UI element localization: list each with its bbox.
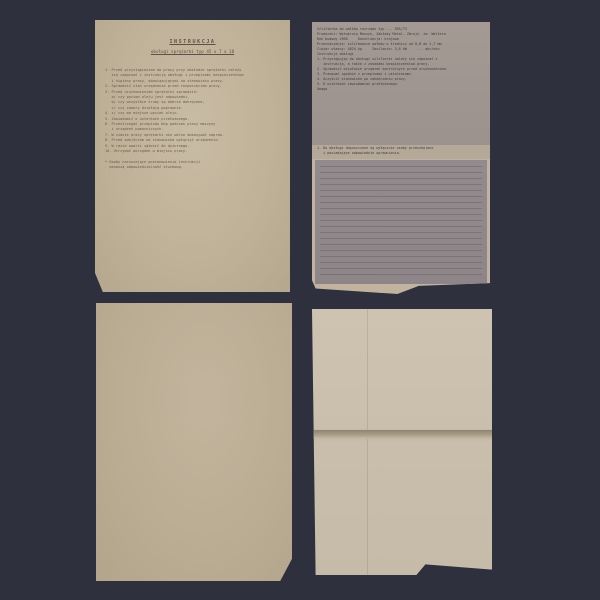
document-page-blank	[96, 303, 292, 581]
document-page-carbon-copy: Szlifierka do wałków rozrządu typ ... ZR…	[312, 22, 490, 294]
faint-text-lines	[320, 166, 482, 278]
section-title: Instrukcja obsługi	[317, 52, 354, 56]
footer-title: Uwaga	[317, 87, 327, 91]
document-page-folded	[312, 309, 492, 575]
paper-fold	[312, 430, 492, 439]
machine-header: Szlifierka do wałków rozrządu typ ... ZR…	[317, 27, 446, 51]
carbon-copy-strip: 1. Do obsługi dopuszczone są wyłącznie o…	[312, 145, 490, 159]
carbon-copy-lower	[315, 160, 487, 284]
footer-text: 1. Do obsługi dopuszczone są wyłącznie o…	[317, 146, 486, 156]
section-body: 1. Przystępując do obsługi szlifierki na…	[317, 57, 448, 86]
paper-crease	[367, 309, 368, 575]
carbon-copy-text: Szlifierka do wałków rozrządu typ ... ZR…	[317, 27, 486, 92]
page-title: INSTRUKCJA	[95, 39, 290, 45]
page-subtitle: obsługi sprężarki typ 45 x 7 x 18	[95, 49, 290, 54]
carbon-copy-upper: Szlifierka do wałków rozrządu typ ... ZR…	[312, 22, 490, 145]
page-body-text: 1. Przed przystąpieniem do pracy przy ob…	[105, 68, 280, 171]
document-page-instruction: INSTRUKCJA obsługi sprężarki typ 45 x 7 …	[95, 20, 290, 292]
